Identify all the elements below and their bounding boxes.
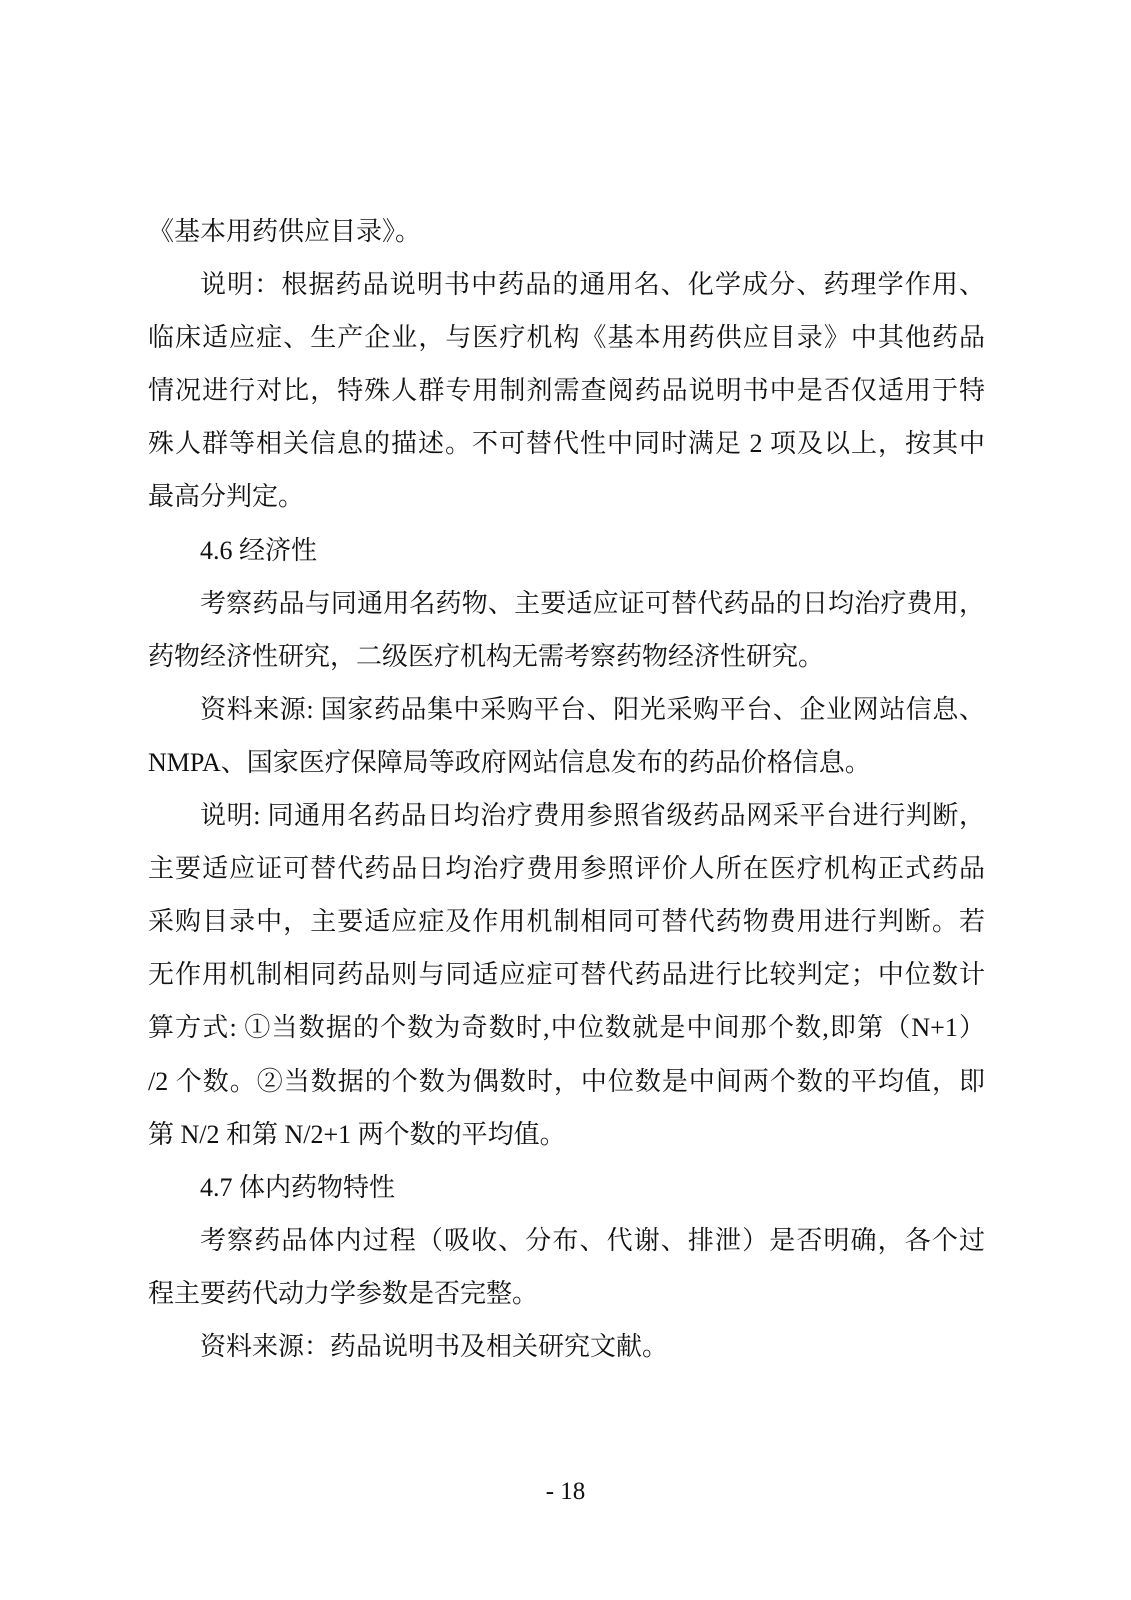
document-page: 《基本用药供应目录》。 说明：根据药品说明书中药品的通用名、化学成分、药理学作用… [0,0,1131,1600]
section-heading: 4.7 体内药物特性 [148,1161,985,1214]
text-line: 采购目录中，主要适应症及作用机制相同可替代药物费用进行判断。若 [148,895,985,948]
text-line: 程主要药代动力学参数是否完整。 [148,1267,985,1320]
page-body: 《基本用药供应目录》。 说明：根据药品说明书中药品的通用名、化学成分、药理学作用… [148,205,985,1373]
text-line: 说明：根据药品说明书中药品的通用名、化学成分、药理学作用、 [148,258,985,311]
text-line: 说明: 同通用名药品日均治疗费用参照省级药品网采平台进行判断， [148,789,985,842]
text-line: 资料来源: 国家药品集中采购平台、阳光采购平台、企业网站信息、 [148,683,985,736]
text-line: 主要适应证可替代药品日均治疗费用参照评价人所在医疗机构正式药品 [148,842,985,895]
text-line: 无作用机制相同药品则与同适应症可替代药品进行比较判定；中位数计 [148,948,985,1001]
text-line: 殊人群等相关信息的描述。不可替代性中同时满足 2 项及以上，按其中 [148,417,985,470]
text-line: /2 个数。②当数据的个数为偶数时，中位数是中间两个数的平均值，即 [148,1055,985,1108]
text-line: 考察药品体内过程（吸收、分布、代谢、排泄）是否明确，各个过 [148,1214,985,1267]
page-number: - 18 [0,1477,1131,1507]
section-heading: 4.6 经济性 [148,524,985,577]
text-line: 最高分判定。 [148,470,985,523]
text-line: 情况进行对比，特殊人群专用制剂需查阅药品说明书中是否仅适用于特 [148,364,985,417]
text-line: 《基本用药供应目录》。 [148,205,985,258]
text-line: 药物经济性研究，二级医疗机构无需考察药物经济性研究。 [148,630,985,683]
text-line: 第 N/2 和第 N/2+1 两个数的平均值。 [148,1108,985,1161]
text-line: 考察药品与同通用名药物、主要适应证可替代药品的日均治疗费用， [148,577,985,630]
text-line: 资料来源：药品说明书及相关研究文献。 [148,1320,985,1373]
text-line: 算方式: ①当数据的个数为奇数时,中位数就是中间那个数,即第（N+1） [148,1001,985,1054]
text-line: NMPA、国家医疗保障局等政府网站信息发布的药品价格信息。 [148,736,985,789]
text-line: 临床适应症、生产企业，与医疗机构《基本用药供应目录》中其他药品 [148,311,985,364]
